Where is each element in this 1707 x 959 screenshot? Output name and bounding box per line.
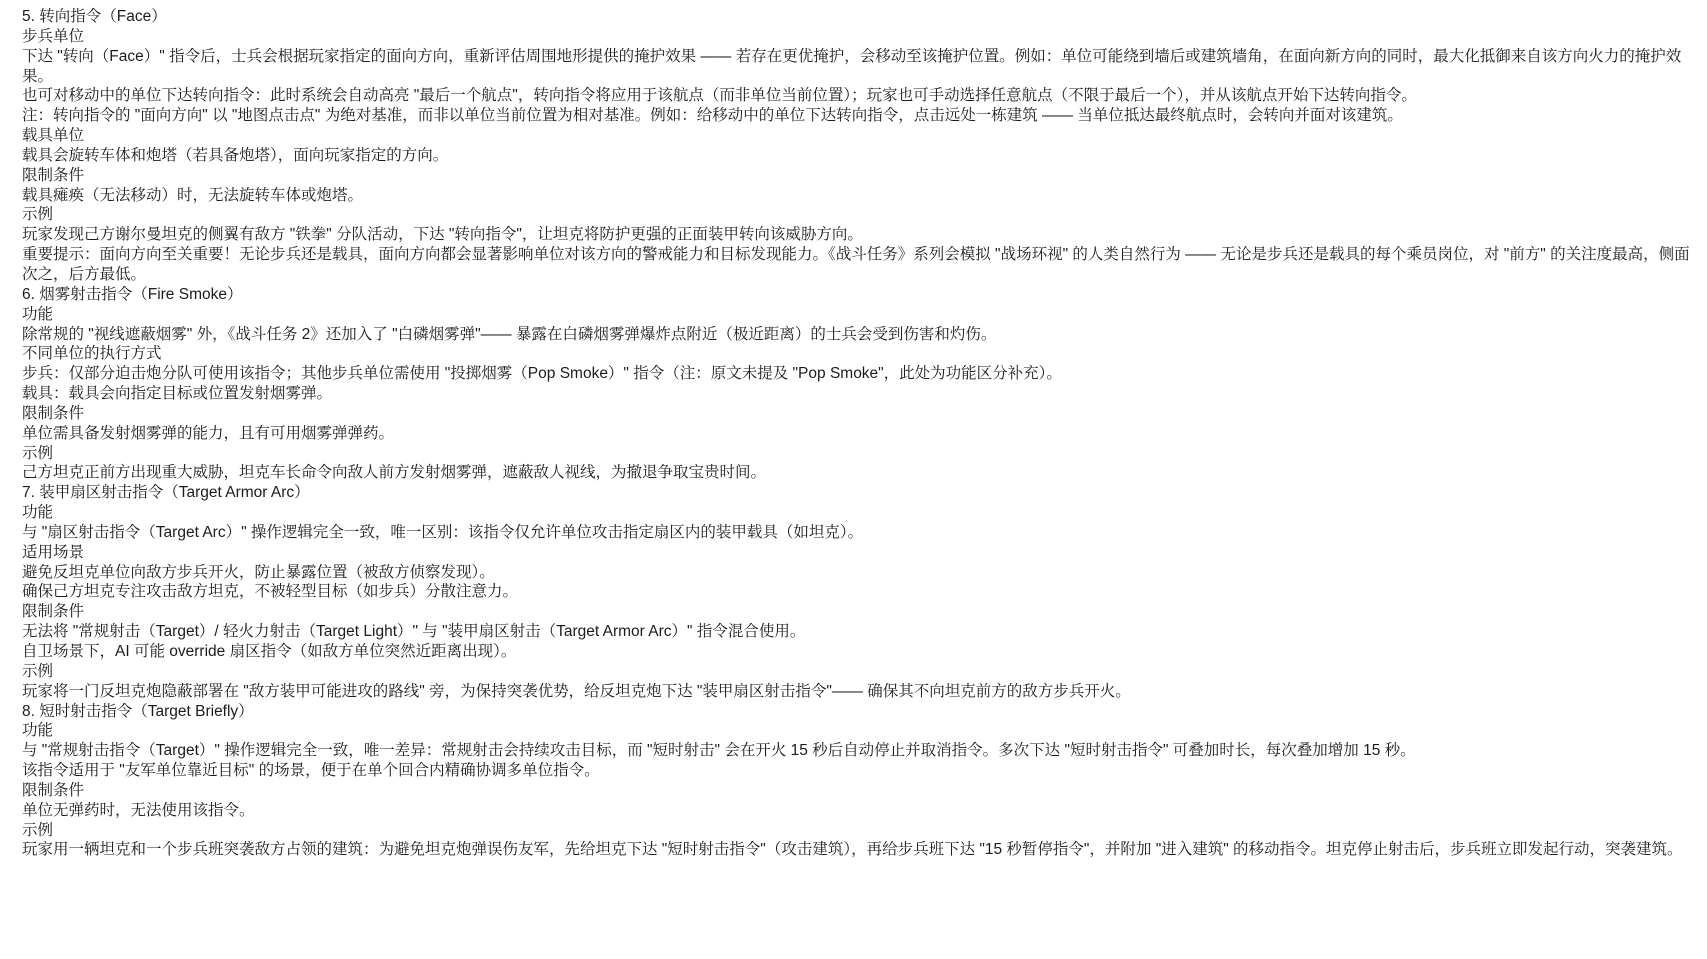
paragraph: 示例 <box>22 662 1697 682</box>
paragraph: 单位需具备发射烟雾弹的能力，且有可用烟雾弹弹药。 <box>22 424 1697 444</box>
paragraph: 适用场景 <box>22 543 1697 563</box>
paragraph: 单位无弹药时，无法使用该指令。 <box>22 801 1697 821</box>
section-heading: 8. 短时射击指令（Target Briefly） <box>22 702 1697 722</box>
paragraph: 示例 <box>22 444 1697 464</box>
paragraph: 载具：载具会向指定目标或位置发射烟雾弹。 <box>22 384 1697 404</box>
paragraph: 功能 <box>22 305 1697 325</box>
paragraph: 步兵单位 <box>22 27 1697 47</box>
paragraph: 限制条件 <box>22 404 1697 424</box>
paragraph: 限制条件 <box>22 781 1697 801</box>
paragraph: 也可对移动中的单位下达转向指令：此时系统会自动高亮 "最后一个航点"，转向指令将… <box>22 86 1697 106</box>
paragraph: 注：转向指令的 "面向方向" 以 "地图点击点" 为绝对基准，而非以单位当前位置… <box>22 106 1697 126</box>
section-heading: 6. 烟雾射击指令（Fire Smoke） <box>22 285 1697 305</box>
paragraph: 玩家用一辆坦克和一个步兵班突袭敌方占领的建筑：为避免坦克炮弹误伤友军，先给坦克下… <box>22 840 1697 860</box>
paragraph: 玩家发现己方谢尔曼坦克的侧翼有敌方 "铁拳" 分队活动，下达 "转向指令"，让坦… <box>22 225 1697 245</box>
paragraph: 限制条件 <box>22 602 1697 622</box>
section-heading: 7. 装甲扇区射击指令（Target Armor Arc） <box>22 483 1697 503</box>
paragraph: 示例 <box>22 821 1697 841</box>
paragraph: 重要提示：面向方向至关重要！无论步兵还是载具，面向方向都会显著影响单位对该方向的… <box>22 245 1697 285</box>
paragraph: 确保己方坦克专注攻击敌方坦克，不被轻型目标（如步兵）分散注意力。 <box>22 582 1697 602</box>
paragraph: 与 "常规射击指令（Target）" 操作逻辑完全一致，唯一差异：常规射击会持续… <box>22 741 1697 761</box>
paragraph: 载具会旋转车体和炮塔（若具备炮塔），面向玩家指定的方向。 <box>22 146 1697 166</box>
paragraph: 下达 "转向（Face）" 指令后，士兵会根据玩家指定的面向方向，重新评估周围地… <box>22 47 1697 87</box>
paragraph: 该指令适用于 "友军单位靠近目标" 的场景，便于在单个回合内精确协调多单位指令。 <box>22 761 1697 781</box>
paragraph: 载具瘫痪（无法移动）时，无法旋转车体或炮塔。 <box>22 186 1697 206</box>
paragraph: 自卫场景下，AI 可能 override 扇区指令（如敌方单位突然近距离出现）。 <box>22 642 1697 662</box>
paragraph: 示例 <box>22 205 1697 225</box>
section-heading: 5. 转向指令（Face） <box>22 7 1697 27</box>
paragraph: 与 "扇区射击指令（Target Arc）" 操作逻辑完全一致，唯一区别：该指令… <box>22 523 1697 543</box>
paragraph: 己方坦克正前方出现重大威胁，坦克车长命令向敌人前方发射烟雾弹，遮蔽敌人视线，为撤… <box>22 463 1697 483</box>
paragraph: 步兵：仅部分迫击炮分队可使用该指令；其他步兵单位需使用 "投掷烟雾（Pop Sm… <box>22 364 1697 384</box>
paragraph: 玩家将一门反坦克炮隐蔽部署在 "敌方装甲可能进攻的路线" 旁，为保持突袭优势，给… <box>22 682 1697 702</box>
paragraph: 除常规的 "视线遮蔽烟雾" 外，《战斗任务 2》还加入了 "白磷烟雾弹"—— 暴… <box>22 325 1697 345</box>
paragraph: 不同单位的执行方式 <box>22 344 1697 364</box>
document-page: 5. 转向指令（Face）步兵单位下达 "转向（Face）" 指令后，士兵会根据… <box>0 0 1707 860</box>
paragraph: 避免反坦克单位向敌方步兵开火，防止暴露位置（被敌方侦察发现）。 <box>22 563 1697 583</box>
paragraph: 功能 <box>22 721 1697 741</box>
paragraph: 无法将 "常规射击（Target）/ 轻火力射击（Target Light）" … <box>22 622 1697 642</box>
paragraph: 载具单位 <box>22 126 1697 146</box>
paragraph: 功能 <box>22 503 1697 523</box>
paragraph: 限制条件 <box>22 166 1697 186</box>
